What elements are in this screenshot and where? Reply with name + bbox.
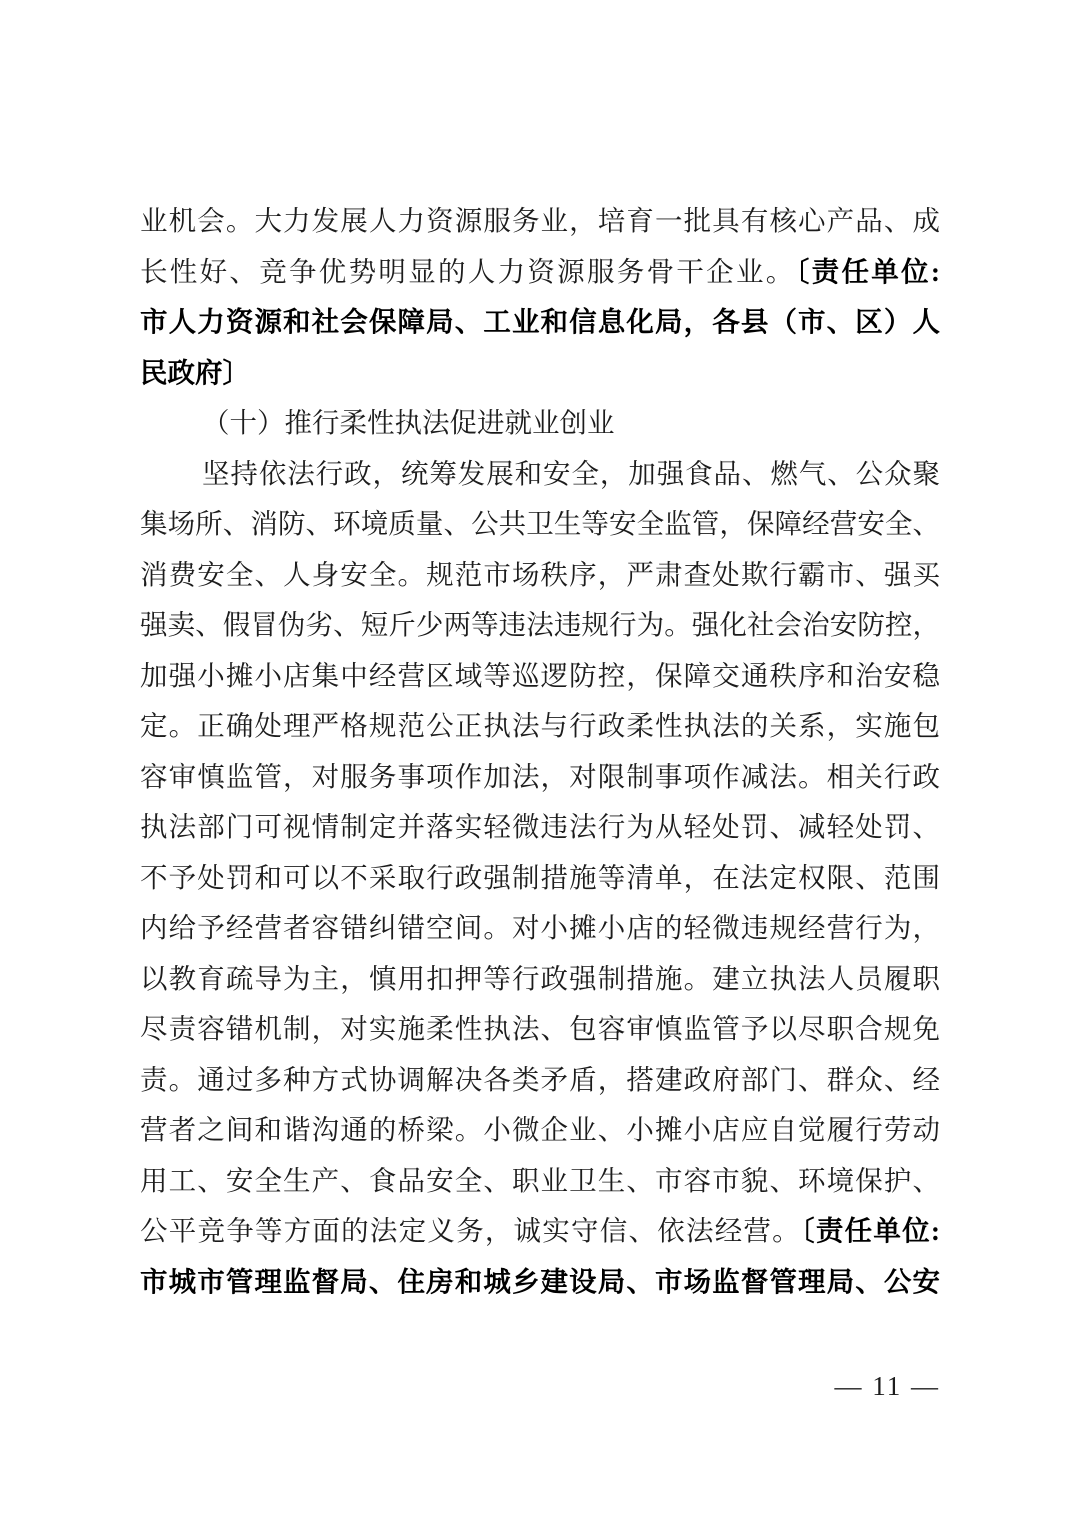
text-line: 尽责容错机制，对实施柔性执法、包容审慎监管予以尽职合规免 bbox=[140, 1004, 940, 1055]
text-line: 集场所、消防、环境质量、公共卫生等安全监管，保障经营安全、 bbox=[140, 499, 940, 550]
text-segment: 加强小摊小店集中经营区域等巡逻防控，保障交通秩序和治安稳 bbox=[140, 660, 940, 691]
text-segment: 民政府〕 bbox=[140, 357, 250, 388]
text-line: 公平竞争等方面的法定义务，诚实守信、依法经营。〔责任单位: bbox=[140, 1206, 940, 1257]
text-segment: 市城市管理监督局、住房和城乡建设局、市场监督管理局、公安 bbox=[140, 1266, 940, 1297]
text-segment: 公平竞争等方面的法定义务，诚实守信、依法经营。 bbox=[140, 1215, 801, 1246]
text-segment: 消费安全、人身安全。规范市场秩序，严肃查处欺行霸市、强买 bbox=[140, 559, 940, 590]
text-segment: 坚持依法行政，统筹发展和安全，加强食品、燃气、公众聚 bbox=[202, 458, 940, 489]
text-segment: 强卖、假冒伪劣、短斤少两等违法违规行为。强化社会治安防控， bbox=[140, 609, 940, 640]
text-line: 定。正确处理严格规范公正执法与行政柔性执法的关系，实施包 bbox=[140, 701, 940, 752]
text-line: 营者之间和谐沟通的桥梁。小微企业、小摊小店应自觉履行劳动 bbox=[140, 1105, 940, 1156]
text-segment: 不予处罚和可以不采取行政强制措施等清单，在法定权限、范围 bbox=[140, 862, 940, 893]
responsible-unit-line: 民政府〕 bbox=[140, 348, 940, 399]
text-line: 长性好、竞争优势明显的人力资源服务骨干企业。〔责任单位: bbox=[140, 247, 940, 298]
responsible-unit-line: 市人力资源和社会保障局、工业和信息化局，各县（市、区）人 bbox=[140, 297, 940, 348]
responsible-unit-label: 〔责任单位: bbox=[801, 1215, 940, 1246]
text-line: 不予处罚和可以不采取行政强制措施等清单，在法定权限、范围 bbox=[140, 853, 940, 904]
text-segment: 营者之间和谐沟通的桥梁。小微企业、小摊小店应自觉履行劳动 bbox=[140, 1114, 940, 1145]
text-segment: 以教育疏导为主，慎用扣押等行政强制措施。建立执法人员履职 bbox=[140, 963, 940, 994]
text-segment: 用工、安全生产、食品安全、职业卫生、市容市貌、环境保护、 bbox=[140, 1165, 940, 1196]
text-line: 容审慎监管，对服务事项作加法，对限制事项作减法。相关行政 bbox=[140, 752, 940, 803]
text-line: 以教育疏导为主，慎用扣押等行政强制措施。建立执法人员履职 bbox=[140, 954, 940, 1005]
text-line: 责。通过多种方式协调解决各类矛盾，搭建政府部门、群众、经 bbox=[140, 1055, 940, 1106]
text-line: 消费安全、人身安全。规范市场秩序，严肃查处欺行霸市、强买 bbox=[140, 550, 940, 601]
text-segment: 执法部门可视情制定并落实轻微违法行为从轻处罚、减轻处罚、 bbox=[140, 811, 940, 842]
heading-text: （十）推行柔性执法促进就业创业 bbox=[202, 407, 615, 438]
document-body: 业机会。大力发展人力资源服务业，培育一批具有核心产品、成 长性好、竞争优势明显的… bbox=[140, 196, 940, 1307]
text-line: 内给予经营者容错纠错空间。对小摊小店的轻微违规经营行为， bbox=[140, 903, 940, 954]
text-segment: 市人力资源和社会保障局、工业和信息化局，各县（市、区）人 bbox=[140, 306, 940, 337]
section-heading: （十）推行柔性执法促进就业创业 bbox=[140, 398, 940, 449]
responsible-unit-line: 市城市管理监督局、住房和城乡建设局、市场监督管理局、公安 bbox=[140, 1257, 940, 1308]
page-number: — 11 — bbox=[835, 1361, 941, 1411]
text-segment: 责。通过多种方式协调解决各类矛盾，搭建政府部门、群众、经 bbox=[140, 1064, 940, 1095]
document-page: 业机会。大力发展人力资源服务业，培育一批具有核心产品、成 长性好、竞争优势明显的… bbox=[0, 0, 1074, 1520]
text-segment: 容审慎监管，对服务事项作加法，对限制事项作减法。相关行政 bbox=[140, 761, 940, 792]
text-line: 业机会。大力发展人力资源服务业，培育一批具有核心产品、成 bbox=[140, 196, 940, 247]
text-line: 强卖、假冒伪劣、短斤少两等违法违规行为。强化社会治安防控， bbox=[140, 600, 940, 651]
text-segment: 尽责容错机制，对实施柔性执法、包容审慎监管予以尽职合规免 bbox=[140, 1013, 940, 1044]
text-segment: 业机会。大力发展人力资源服务业，培育一批具有核心产品、成 bbox=[140, 205, 940, 236]
responsible-unit-label: 〔责任单位: bbox=[796, 256, 940, 287]
text-line: 执法部门可视情制定并落实轻微违法行为从轻处罚、减轻处罚、 bbox=[140, 802, 940, 853]
text-segment: 长性好、竞争优势明显的人力资源服务骨干企业。 bbox=[140, 256, 796, 287]
text-segment: 内给予经营者容错纠错空间。对小摊小店的轻微违规经营行为， bbox=[140, 912, 940, 943]
text-line: 用工、安全生产、食品安全、职业卫生、市容市貌、环境保护、 bbox=[140, 1156, 940, 1207]
text-line: 坚持依法行政，统筹发展和安全，加强食品、燃气、公众聚 bbox=[140, 449, 940, 500]
text-segment: 定。正确处理严格规范公正执法与行政柔性执法的关系，实施包 bbox=[140, 710, 940, 741]
text-segment: 集场所、消防、环境质量、公共卫生等安全监管，保障经营安全、 bbox=[140, 508, 940, 539]
text-line: 加强小摊小店集中经营区域等巡逻防控，保障交通秩序和治安稳 bbox=[140, 651, 940, 702]
